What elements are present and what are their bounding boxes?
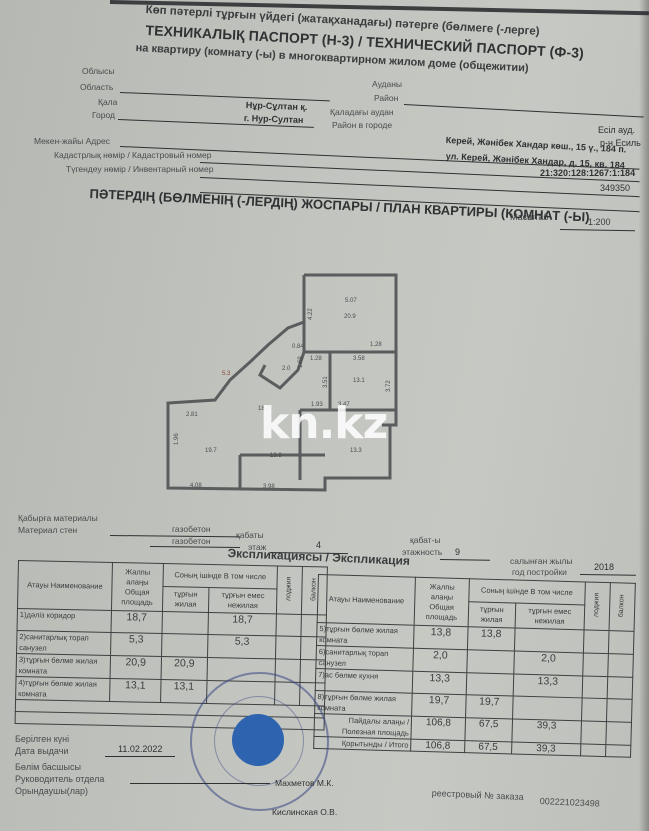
col-header-total: Жалпы алаңы Общая площадь bbox=[111, 562, 163, 611]
room-total: 13,3 bbox=[412, 671, 466, 694]
watermark: kn.kz bbox=[260, 398, 387, 449]
room-name: 7)ас бөлме кухня bbox=[315, 668, 413, 693]
district-line bbox=[404, 104, 644, 118]
room-total: 19,7 bbox=[412, 693, 466, 717]
room-name: 3)тұрғын бөлме жилая комната bbox=[16, 653, 110, 678]
col-header-total: Жалпы алаңы Общая площадь bbox=[414, 577, 469, 626]
scale-value: 1:200 bbox=[588, 217, 611, 227]
city-district-label-kz: Қаладағы аудан bbox=[330, 107, 394, 117]
room-area-label: 19.7 bbox=[205, 448, 217, 454]
city-label-ru: Город bbox=[92, 110, 115, 120]
total-living: 67,5 bbox=[464, 741, 511, 754]
executor-label-kz: Орындаушы(лар) bbox=[15, 786, 88, 796]
floors-value: 9 bbox=[455, 547, 460, 557]
cadastral-label: Кадастрлық нөмір / Кадастровый номер bbox=[54, 150, 211, 160]
region-label-ru: Область bbox=[80, 82, 113, 92]
room-name: 6)санитарлық торап санузел bbox=[316, 645, 414, 671]
scale-label: Масштаб bbox=[510, 212, 549, 222]
issue-date-line bbox=[105, 756, 175, 757]
room-name: 4)тұрғын бөлме жилая комната bbox=[16, 676, 110, 701]
dim-label: 0.84 bbox=[292, 344, 304, 350]
room-nonliving: 5,3 bbox=[208, 634, 277, 658]
room-area-label: 2.0 bbox=[282, 366, 291, 372]
dim-label: 1.96 bbox=[174, 433, 180, 445]
floor-value: 4 bbox=[316, 540, 321, 550]
room-name: 8)тұрғын бөлме жилая комната bbox=[315, 690, 413, 716]
city-district-label-ru: Район в городе bbox=[332, 120, 392, 130]
col-header-loggia: лоджия bbox=[284, 576, 295, 601]
head-name: Махметов М.К. bbox=[275, 778, 334, 788]
room-living bbox=[467, 650, 515, 674]
district-label-kz: Ауданы bbox=[372, 79, 402, 89]
dim-label: 1.28 bbox=[310, 356, 322, 362]
head-label-ru: Руководитель отдела bbox=[15, 774, 104, 784]
issue-date-value: 11.02.2022 bbox=[118, 744, 162, 754]
room-total: 5,3 bbox=[111, 632, 162, 656]
page-shadow bbox=[639, 0, 649, 831]
scale-line bbox=[560, 229, 635, 231]
room-name: 5)тұрғын бөлме жилая комната bbox=[317, 622, 415, 648]
passport-sheet: Көп пәтерлі тұрғын үйдегі (жатақханадағы… bbox=[0, 0, 649, 831]
city-district-value-kz: Есіл ауд. bbox=[598, 125, 635, 135]
issue-date-label-ru: Дата выдачи bbox=[15, 746, 68, 756]
issue-date-label-kz: Берілген күні bbox=[15, 734, 69, 744]
col-header-including: Соның ішінде В том числе bbox=[163, 564, 278, 589]
inventory-label: Түгендеу нөмір / Инвентарный номер bbox=[66, 164, 213, 174]
room-total: 13,8 bbox=[414, 625, 468, 649]
useful-area-total: 106,8 bbox=[411, 716, 465, 740]
region-line bbox=[120, 92, 330, 102]
floors-label-kz: қабат-ы bbox=[410, 535, 441, 545]
col-header-loggia: лоджия bbox=[592, 592, 603, 617]
district-label-ru: Район bbox=[374, 93, 398, 103]
dim-label: 1.69 bbox=[298, 356, 304, 368]
dim-label: 4.08 bbox=[190, 483, 202, 489]
floor-plan: 5.07 4.22 20.9 1.28 0.84 1.69 1.28 3.58 … bbox=[160, 270, 410, 505]
room-living bbox=[161, 634, 208, 658]
dim-label: 3.72 bbox=[386, 380, 392, 392]
cadastral-value: 21:320:128:1267:1:184 bbox=[540, 168, 635, 178]
dim-label: 3.58 bbox=[353, 356, 365, 362]
room-area-label: 13.1 bbox=[353, 378, 365, 384]
wall-material-value-ru: газобетон bbox=[172, 536, 211, 546]
col-header-including: Соның ішінде В том числе bbox=[469, 579, 585, 605]
col-header-nonliving: тұрғын емес нежилая bbox=[515, 603, 585, 630]
room-living bbox=[466, 673, 514, 696]
room-living bbox=[162, 612, 209, 635]
col-header-balcony: балкон bbox=[617, 594, 628, 617]
useful-area-nonliving: 39,3 bbox=[512, 719, 581, 744]
dim-label: 3.51 bbox=[323, 376, 329, 388]
city-value-kz: Нұр-Сұлтан қ. bbox=[246, 100, 308, 112]
year-label-kz: салынған жылы bbox=[510, 556, 573, 566]
region-label-kz: Облысы bbox=[82, 66, 115, 76]
room-living: 20,9 bbox=[161, 657, 208, 681]
useful-area-living: 67,5 bbox=[465, 718, 513, 742]
head-label-kz: Бөлім басшысы bbox=[15, 762, 81, 772]
dim-label: 2.81 bbox=[186, 412, 198, 418]
inventory-value: 349350 bbox=[600, 183, 630, 193]
stamp-logo-icon bbox=[232, 714, 284, 766]
wall-material-label-ru: Материал стен bbox=[18, 525, 77, 535]
dim-label: 1.28 bbox=[370, 342, 382, 348]
head-signature-line bbox=[130, 783, 270, 784]
address-label: Мекен-жайы Адрес bbox=[34, 136, 110, 146]
room-nonliving: 18,7 bbox=[208, 613, 277, 636]
room-area-label: 20.9 bbox=[344, 314, 356, 320]
dim-label: 3.98 bbox=[263, 484, 275, 490]
total-nonliving: 39,3 bbox=[511, 742, 580, 756]
executor-name: Кислинская О.В. bbox=[272, 807, 337, 817]
room-nonliving: 2,0 bbox=[514, 651, 583, 676]
order-number-value: 002221023498 bbox=[540, 796, 600, 809]
total-total: 106,8 bbox=[411, 739, 465, 752]
room-total: 13,1 bbox=[110, 678, 161, 702]
room-living: 19,7 bbox=[465, 695, 513, 719]
year-line bbox=[580, 574, 636, 576]
room-name: 2)санитарлық торап санузел bbox=[17, 630, 111, 655]
room-nonliving: 13,3 bbox=[513, 674, 582, 698]
floor-label-kz: қабаты bbox=[236, 530, 264, 540]
order-number-label: реестровый № заказа bbox=[432, 788, 524, 802]
col-header-name: Атауы Наименование bbox=[317, 575, 416, 626]
official-stamp bbox=[190, 672, 329, 811]
explication-table-right: Атауы Наименование Жалпы алаңы Общая пло… bbox=[313, 574, 636, 758]
room-living: 13,8 bbox=[467, 627, 515, 651]
room-living: 13,1 bbox=[160, 680, 207, 704]
room-nonliving bbox=[512, 696, 581, 721]
room-total: 2,0 bbox=[413, 648, 467, 672]
col-header-living: тұрғын жилая bbox=[162, 587, 209, 613]
room-area-label: 5.3 bbox=[222, 371, 231, 377]
col-header-living: тұрғын жилая bbox=[468, 602, 516, 628]
wall-material-value-kz: газобетон bbox=[172, 524, 211, 534]
dim-label: 5.07 bbox=[345, 298, 357, 304]
room-area-label: 13.8 bbox=[270, 453, 282, 459]
city-label-kz: Қала bbox=[98, 97, 117, 107]
wall-material-label-kz: Қабырға материалы bbox=[18, 513, 98, 523]
year-value: 2018 bbox=[594, 562, 614, 572]
floors-line bbox=[440, 559, 490, 561]
room-total: 20,9 bbox=[110, 655, 161, 679]
wall-line bbox=[150, 546, 240, 548]
year-label-ru: год постройки bbox=[512, 567, 567, 577]
col-header-nonliving: тұрғын емес нежилая bbox=[209, 588, 278, 614]
col-header-name: Атауы Наименование bbox=[17, 561, 112, 611]
dim-label: 4.22 bbox=[308, 308, 314, 320]
room-name: 1)дәліз коридор bbox=[17, 608, 111, 632]
city-value-ru: г. Нур-Султан bbox=[244, 113, 304, 125]
room-total: 18,7 bbox=[111, 610, 162, 633]
room-nonliving bbox=[514, 628, 583, 653]
